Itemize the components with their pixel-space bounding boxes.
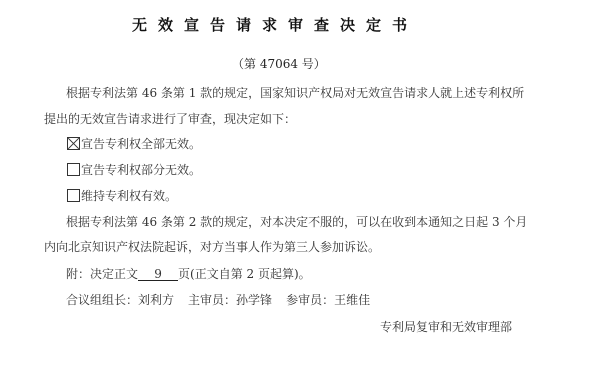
option-invalidate-all: 宣告专利权全部无效。 [67,135,201,152]
intro-line-1: 根据专利法第 46 条第 1 款的规定，国家知识产权局对无效宣告请求人就上述专利… [66,84,524,101]
attachment-suffix: 页(正文自第 2 页起算)。 [178,267,311,281]
leader-name: 刘利方 [138,293,174,307]
option-label: 维持专利权有效。 [81,189,177,203]
appeal-line-2: 内向北京知识产权法院起诉，对方当事人作为第三人参加诉讼。 [44,238,380,255]
department-signature: 专利局复审和无效审理部 [380,318,512,335]
page-count: 9 [138,268,178,281]
member-name: 王维佳 [334,293,370,307]
attachment-line: 附：决定正文9页(正文自第 2 页起算)。 [66,265,311,282]
checkbox-checked-icon [67,137,80,150]
document-title: 无效宣告请求审查决定书 [132,14,418,35]
appeal-line-1: 根据专利法第 46 条第 2 款的规定，对本决定不服的，可以在收到本通知之日起 … [66,213,527,230]
chief-label: 主审员： [188,293,236,307]
checkbox-empty-icon [67,163,80,176]
leader-label: 合议组组长： [66,293,138,307]
intro-line-2: 提出的无效宣告请求进行了审查，现决定如下： [44,110,296,127]
option-maintain-valid: 维持专利权有效。 [67,187,177,204]
chief-name: 孙学锋 [236,293,272,307]
attachment-prefix: 附：决定正文 [66,267,138,281]
checkbox-empty-icon [67,189,80,202]
panel-line: 合议组组长：刘利方主审员：孙学锋参审员：王维佳 [66,291,370,308]
member-label: 参审员： [286,293,334,307]
option-invalidate-partial: 宣告专利权部分无效。 [67,161,201,178]
option-label: 宣告专利权全部无效。 [81,137,201,151]
decision-number: （第 47064 号） [232,55,326,72]
option-label: 宣告专利权部分无效。 [81,163,201,177]
